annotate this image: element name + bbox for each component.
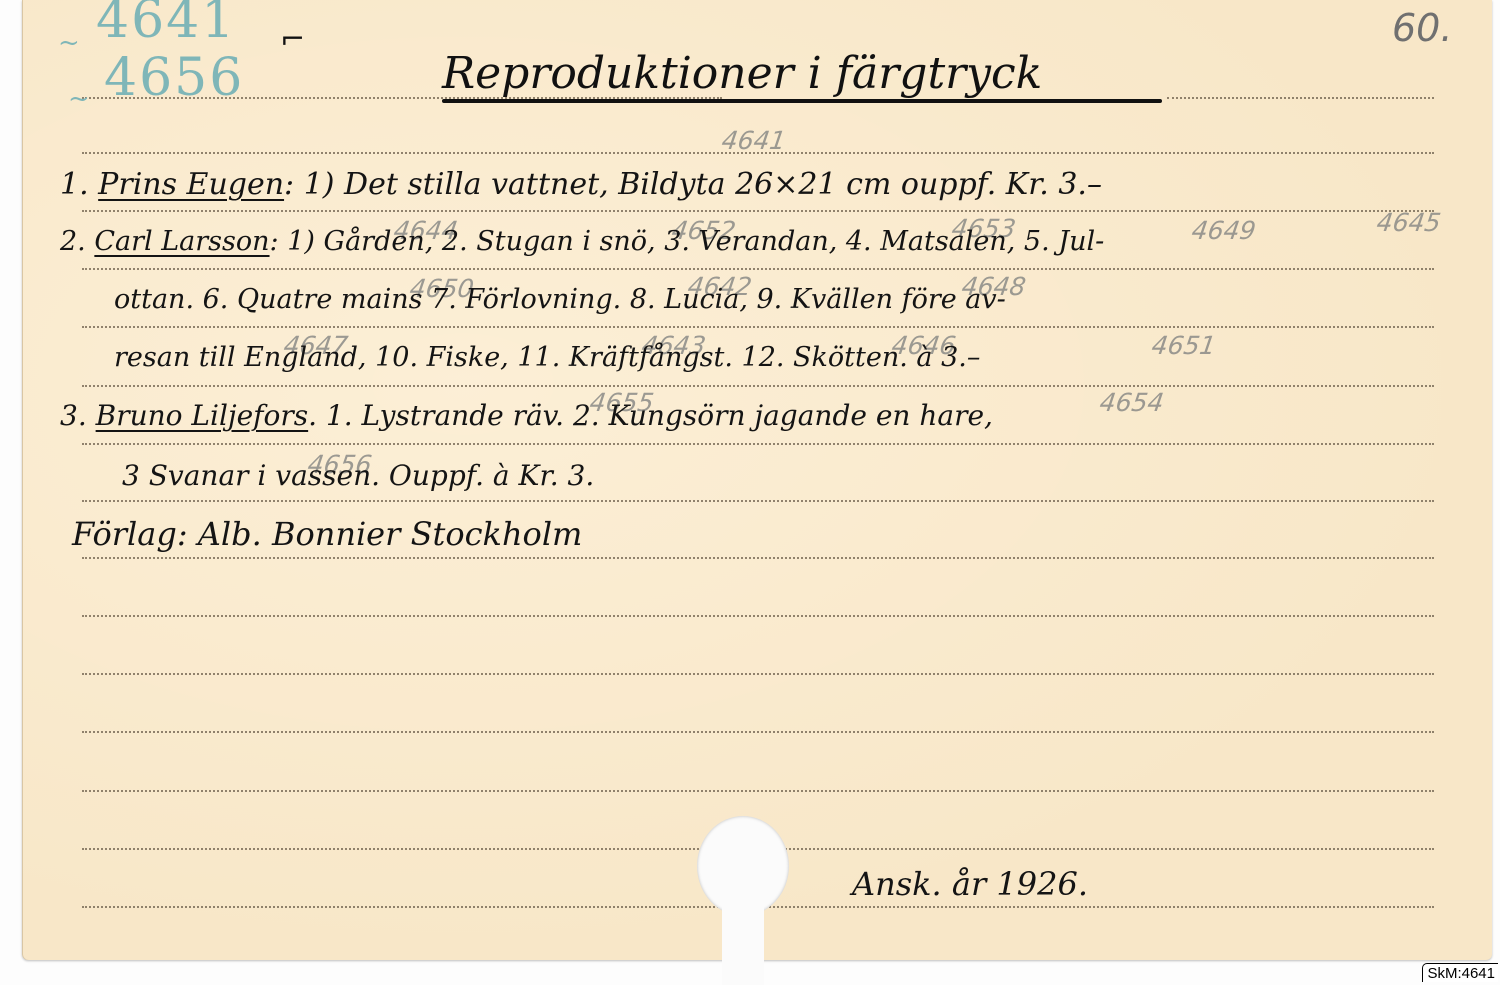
entry-2: 2. Carl Larsson: 1) Gården, 2. Stugan i …	[60, 228, 1104, 255]
page-mark: 60.	[1392, 6, 1452, 50]
pencil-ref: 4641	[720, 128, 787, 153]
stamp-number-from: 4641	[96, 0, 236, 46]
pencil-ref: 4649	[1190, 218, 1257, 243]
dotted-rule	[82, 731, 1434, 733]
dotted-rule	[82, 210, 1434, 212]
card-title: Reproduktioner i färgtryck	[442, 48, 1042, 99]
dotted-rule	[1167, 97, 1434, 99]
dotted-rule	[82, 268, 1434, 270]
index-card: ~ 4641 ⌐ ~ 4656 60. Reproduktioner i fär…	[22, 0, 1492, 960]
tilde-mark: ~	[58, 28, 80, 58]
entry-number: 1.	[60, 167, 89, 202]
publisher-line: Förlag: Alb. Bonnier Stockholm	[72, 518, 582, 550]
range-arrow-icon: ⌐	[280, 22, 305, 57]
entry-text: : 1) Det stilla vattnet, Bildyta 26×21 c…	[284, 167, 1102, 202]
dotted-rule	[82, 385, 1434, 387]
dotted-rule	[82, 615, 1434, 617]
entry-1: 1. Prins Eugen: 1) Det stilla vattnet, B…	[60, 170, 1102, 200]
dotted-rule	[82, 326, 1434, 328]
dotted-rule	[82, 673, 1434, 675]
title-underline	[442, 99, 1162, 103]
pencil-ref: 4645	[1375, 210, 1442, 235]
card-rod-slot	[722, 890, 764, 985]
entry-artist: Prins Eugen	[98, 167, 284, 202]
entry-artist: Carl Larsson	[94, 226, 269, 257]
entry-artist: Bruno Liljefors	[96, 399, 309, 432]
dotted-rule	[82, 790, 1434, 792]
entry-text: . 1. Lystrande räv. 2. Kungsörn jagande …	[308, 399, 993, 432]
reference-label: SkM:4641	[1422, 963, 1498, 982]
entry-number: 2.	[60, 226, 86, 257]
entry-3: 3. Bruno Liljefors. 1. Lystrande räv. 2.…	[60, 402, 993, 430]
entry-number: 3.	[60, 399, 87, 432]
pencil-ref: 4651	[1150, 333, 1217, 358]
pencil-ref: 4654	[1098, 390, 1165, 415]
entry-text: : 1) Gården, 2. Stugan i snö, 3. Veranda…	[270, 226, 1105, 257]
tilde-mark: ~	[68, 84, 90, 114]
entry-3-line-2: 3 Svanar i vassen. Ouppf. à Kr. 3.	[122, 462, 594, 490]
dotted-rule	[82, 443, 1434, 445]
entry-2-line-2: ottan. 6. Quatre mains 7. Förlovning. 8.…	[114, 286, 1006, 313]
stamp-number-to: 4656	[104, 52, 244, 104]
dotted-rule	[82, 500, 1434, 502]
dotted-rule	[82, 557, 1434, 559]
acquisition-year: Ansk. år 1926.	[852, 868, 1088, 900]
entry-2-line-3: resan till England, 10. Fiske, 11. Kräft…	[114, 344, 980, 371]
